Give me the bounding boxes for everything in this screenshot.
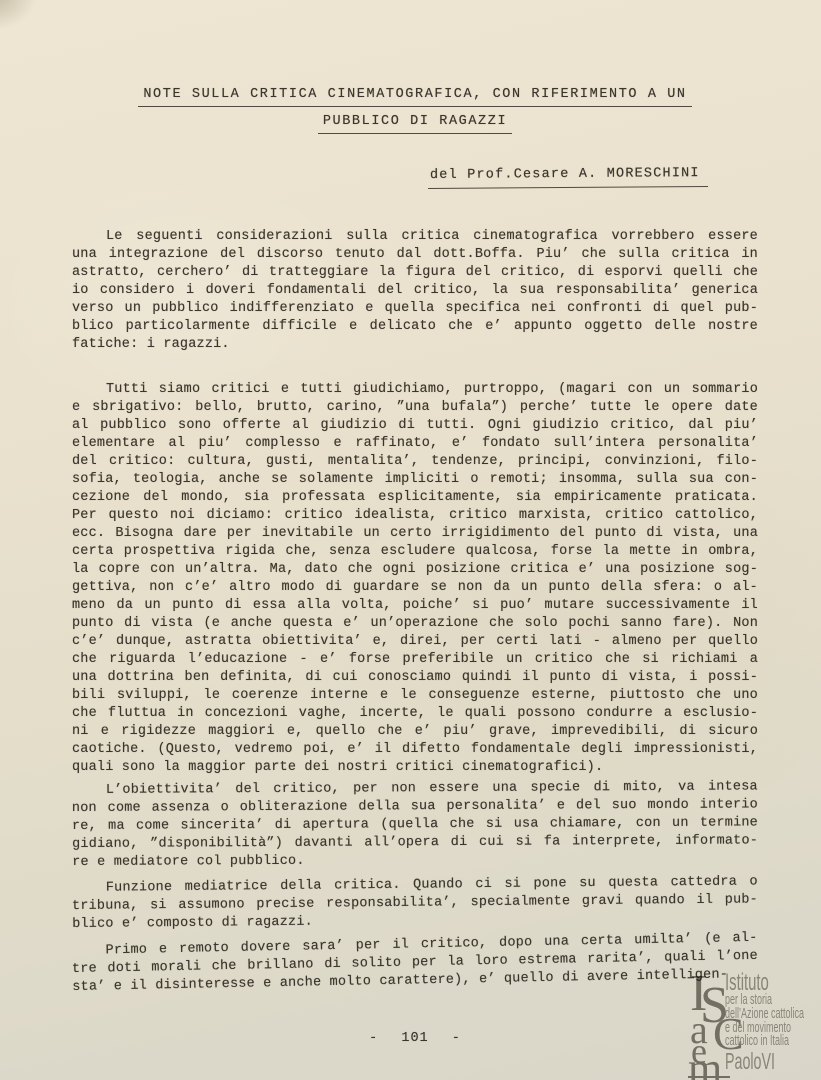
text-line: che fluttua in concezioni vaghe, incerte… [72, 705, 758, 723]
text-line: e sbrigativo: bello, brutto, carino, ”un… [72, 399, 758, 417]
page-footer: - 101 - [72, 1031, 758, 1046]
text-line: c’e’ dunque, astratta obiettivita’ e, di… [72, 633, 758, 651]
document-body: Le seguenti considerazioni sulla critica… [72, 228, 758, 997]
byline-row: del Prof.Cesare A. MORESCHINI [72, 164, 758, 188]
text-line: la copre con un’altra. Ma, dato che ogni… [72, 561, 758, 579]
text-line: Le seguenti considerazioni sulla critica… [72, 228, 758, 246]
author-byline: del Prof.Cesare A. MORESCHINI [428, 166, 708, 189]
scanned-document-page: NOTE SULLA CRITICA CINEMATOGRAFICA, CON … [0, 0, 821, 1080]
text-line: sofia, teologia, anche se solamente impl… [72, 471, 758, 489]
text-line: che riguarda l’educazione - e’ forse pre… [72, 651, 758, 669]
text-line: quali sono la maggior parte dei nostri c… [72, 759, 758, 777]
text-line: fatiche: i ragazzi. [72, 336, 758, 354]
monogram-underline [688, 1076, 730, 1078]
text-line: re e mediatore col pubblico. [72, 850, 758, 872]
body-paragraph: Le seguenti considerazioni sulla critica… [72, 228, 758, 354]
text-line: blico particolarmente difficile e delica… [72, 318, 758, 336]
text-line: cezione del mondo, sia professata esplic… [72, 489, 758, 507]
text-line: punto di vista (e anche questa e’ un’ope… [72, 615, 758, 633]
body-paragraph: Funzione mediatrice della critica. Quand… [72, 873, 758, 934]
text-line: Per questo noi diciamo: critico idealist… [72, 507, 758, 525]
text-line: gidiano, ”disponibilità”) davanti all’op… [72, 832, 758, 854]
page-number: - 101 - [369, 1031, 461, 1046]
text-line: verso un pubblico indifferenziato e quel… [72, 300, 758, 318]
text-line: ni e rigidezze maggiori e, quello che e’… [72, 723, 758, 741]
text-line: al pubblico sono offerte al giudizio di … [72, 417, 758, 435]
page-title-line-1: NOTE SULLA CRITICA CINEMATOGRAFICA, CON … [138, 87, 691, 107]
text-line: ecc. Bisogna dare per inevitabile un cer… [72, 525, 758, 543]
text-line: del critico: cultura, gusti, mentalita’,… [72, 453, 758, 471]
page-title-line-2: PUBBLICO DI RAGAZZI [318, 114, 512, 134]
body-paragraph: Tutti siamo critici e tutti giudichiamo,… [72, 381, 758, 777]
text-line: gettiva, non c’e’ altro modo di guardare… [72, 579, 758, 597]
text-line: meno da un punto di essa alla volta, poi… [72, 597, 758, 615]
monogram-letter-m: m [688, 1052, 722, 1080]
text-line: astratto, cerchero’ di tratteggiare la f… [72, 264, 758, 282]
text-line: una integrazione del discorso tenuto dal… [72, 246, 758, 264]
text-line: caotiche. (Questo, vedremo poi, e’ il di… [72, 741, 758, 759]
body-paragraph: Primo e remoto dovere sara’ per il criti… [71, 930, 758, 997]
text-line: una dottrina ben definita, di cui conosc… [72, 669, 758, 687]
text-line: io considero i doveri fondamentali del c… [72, 282, 758, 300]
text-line: certa prospettiva rigida che, senza escl… [72, 543, 758, 561]
body-paragraph: L’obiettivita’ del critico, per non esse… [72, 778, 758, 872]
watermark-text-line: PaoloVI [725, 1050, 804, 1072]
title-block: NOTE SULLA CRITICA CINEMATOGRAFICA, CON … [72, 84, 758, 134]
text-line: elementare al piu’ complesso e raffinato… [72, 435, 758, 453]
text-line: bili sviluppi, le coerenze interne e le … [72, 687, 758, 705]
text-line: Tutti siamo critici e tutti giudichiamo,… [72, 381, 758, 399]
document-content: NOTE SULLA CRITICA CINEMATOGRAFICA, CON … [72, 0, 758, 1046]
